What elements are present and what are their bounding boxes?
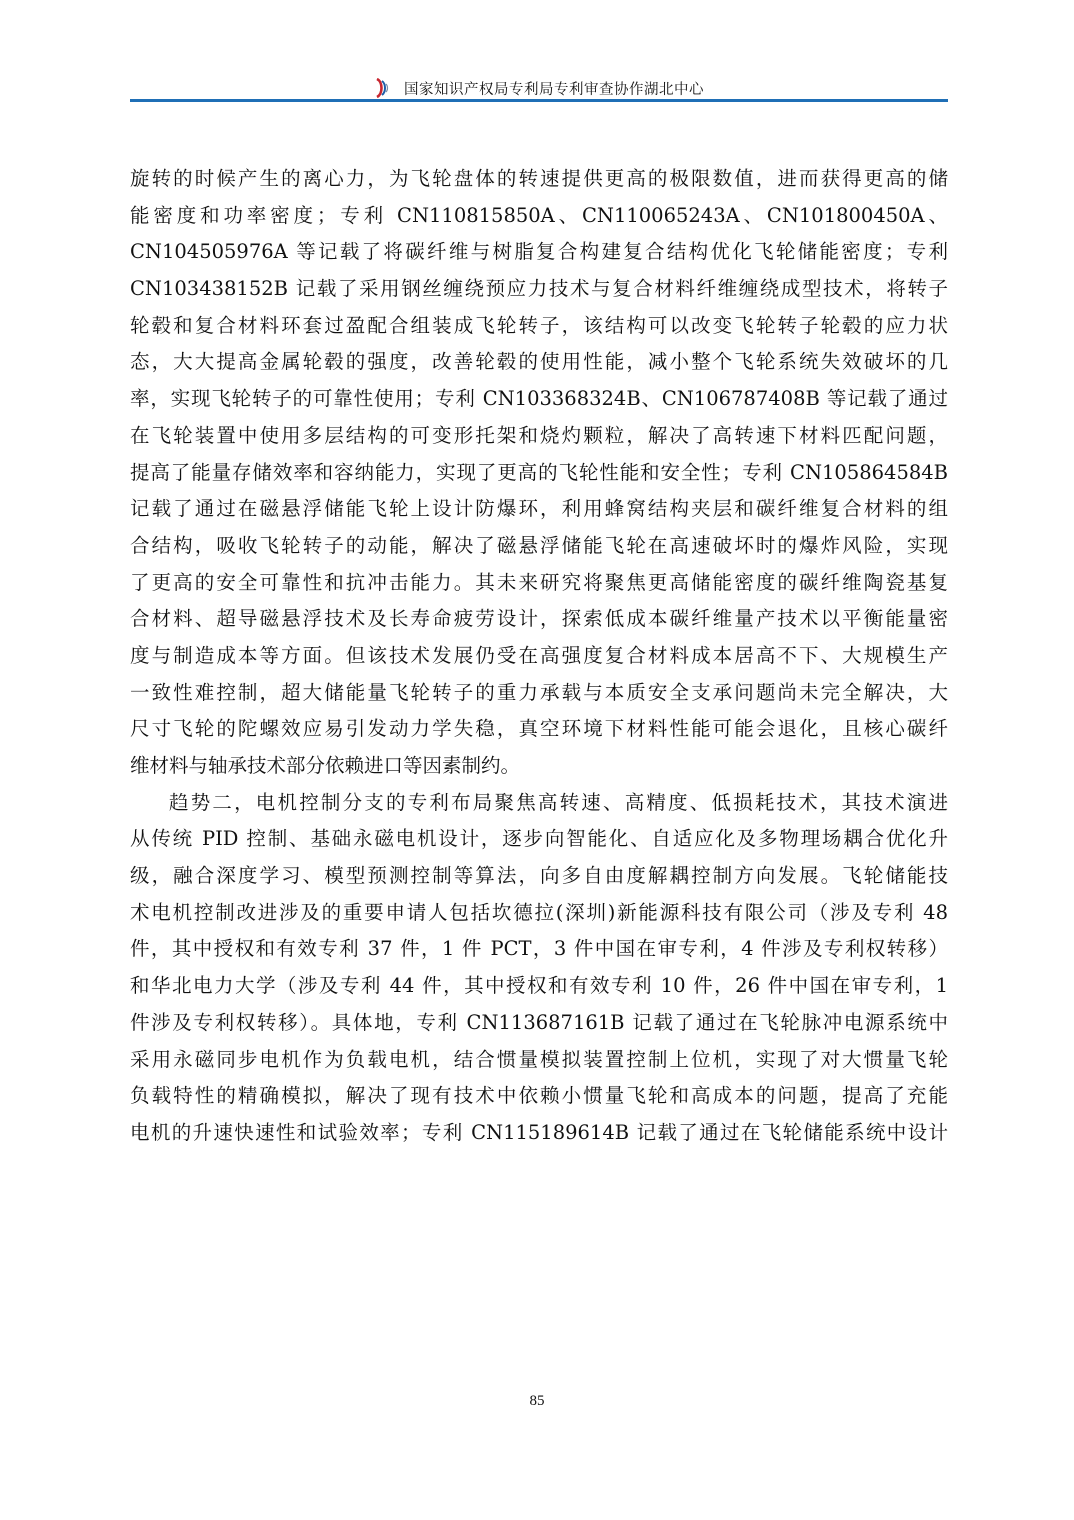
text-line: 了更高的安全可靠性和抗冲击能力。其未来研究将聚焦更高储能密度的碳纤维陶瓷基复 — [130, 565, 948, 602]
text-line: 件，其中授权和有效专利 37 件，1 件 PCT，3 件中国在审专利，4 件涉及… — [130, 931, 948, 968]
text-line: 轮毂和复合材料环套过盈配合组装成飞轮转子，该结构可以改变飞轮转子轮毂的应力状 — [130, 308, 948, 345]
text-line: 在飞轮装置中使用多层结构的可变形托架和烧灼颗粒，解决了高转速下材料匹配问题， — [130, 418, 948, 455]
text-line: CN104505976A 等记载了将碳纤维与树脂复合构建复合结构优化飞轮储能密度… — [130, 234, 948, 271]
header-divider — [130, 99, 948, 102]
paragraph-start-line: 趋势二，电机控制分支的专利布局聚焦高转速、高精度、低损耗技术，其技术演进 — [130, 785, 948, 822]
body-text: 旋转的时候产生的离心力，为飞轮盘体的转速提供更高的极限数值，进而获得更高的储 能… — [130, 161, 948, 1152]
page-header: 国家知识产权局专利局专利审查协作湖北中心 — [130, 74, 948, 102]
text-line: 旋转的时候产生的离心力，为飞轮盘体的转速提供更高的极限数值，进而获得更高的储 — [130, 161, 948, 198]
cnipa-hubei-logo-icon — [374, 78, 390, 98]
text-line: 件涉及专利权转移）。具体地，专利 CN113687161B 记载了通过在飞轮脉冲… — [130, 1005, 948, 1042]
text-line: 维材料与轴承技术部分依赖进口等因素制约。 — [130, 748, 948, 785]
text-line: 态，大大提高金属轮毂的强度，改善轮毂的使用性能，减小整个飞轮系统失效破坏的几 — [130, 344, 948, 381]
text-line: 和华北电力大学（涉及专利 44 件，其中授权和有效专利 10 件，26 件中国在… — [130, 968, 948, 1005]
text-line: 度与制造成本等方面。但该技术发展仍受在高强度复合材料成本居高不下、大规模生产 — [130, 638, 948, 675]
text-line: 能密度和功率密度；专利 CN110815850A、CN110065243A、CN… — [130, 198, 948, 235]
text-line: CN103438152B 记载了采用钢丝缠绕预应力技术与复合材料纤维缠绕成型技术… — [130, 271, 948, 308]
text-line: 术电机控制改进涉及的重要申请人包括坎德拉(深圳)新能源科技有限公司（涉及专利 4… — [130, 895, 948, 932]
header-title: 国家知识产权局专利局专利审查协作湖北中心 — [404, 78, 704, 99]
text-line: 一致性难控制，超大储能量飞轮转子的重力承载与本质安全支承问题尚未完全解决，大 — [130, 675, 948, 712]
text-line: 尺寸飞轮的陀螺效应易引发动力学失稳，真空环境下材料性能可能会退化，且核心碳纤 — [130, 711, 948, 748]
text-line: 合结构，吸收飞轮转子的动能，解决了磁悬浮储能飞轮在高速破坏时的爆炸风险，实现 — [130, 528, 948, 565]
text-line: 提高了能量存储效率和容纳能力，实现了更高的飞轮性能和安全性；专利 CN10586… — [130, 455, 948, 492]
text-line: 电机的升速快速性和试验效率；专利 CN115189614B 记载了通过在飞轮储能… — [130, 1115, 948, 1152]
document-page: 国家知识产权局专利局专利审查协作湖北中心 旋转的时候产生的离心力，为飞轮盘体的转… — [0, 0, 1074, 1520]
text-line: 率，实现飞轮转子的可靠性使用；专利 CN103368324B、CN1067874… — [130, 381, 948, 418]
text-line: 记载了通过在磁悬浮储能飞轮上设计防爆环，利用蜂窝结构夹层和碳纤维复合材料的组 — [130, 491, 948, 528]
text-line: 从传统 PID 控制、基础永磁电机设计，逐步向智能化、自适应化及多物理场耦合优化… — [130, 821, 948, 858]
text-line: 负载特性的精确模拟，解决了现有技术中依赖小惯量飞轮和高成本的问题，提高了充能 — [130, 1078, 948, 1115]
text-line: 合材料、超导磁悬浮技术及长寿命疲劳设计，探索低成本碳纤维量产技术以平衡能量密 — [130, 601, 948, 638]
text-line: 级，融合深度学习、模型预测控制等算法，向多自由度解耦控制方向发展。飞轮储能技 — [130, 858, 948, 895]
text-line: 采用永磁同步电机作为负载电机，结合惯量模拟装置控制上位机，实现了对大惯量飞轮 — [130, 1042, 948, 1079]
page-number: 85 — [0, 1393, 1074, 1410]
